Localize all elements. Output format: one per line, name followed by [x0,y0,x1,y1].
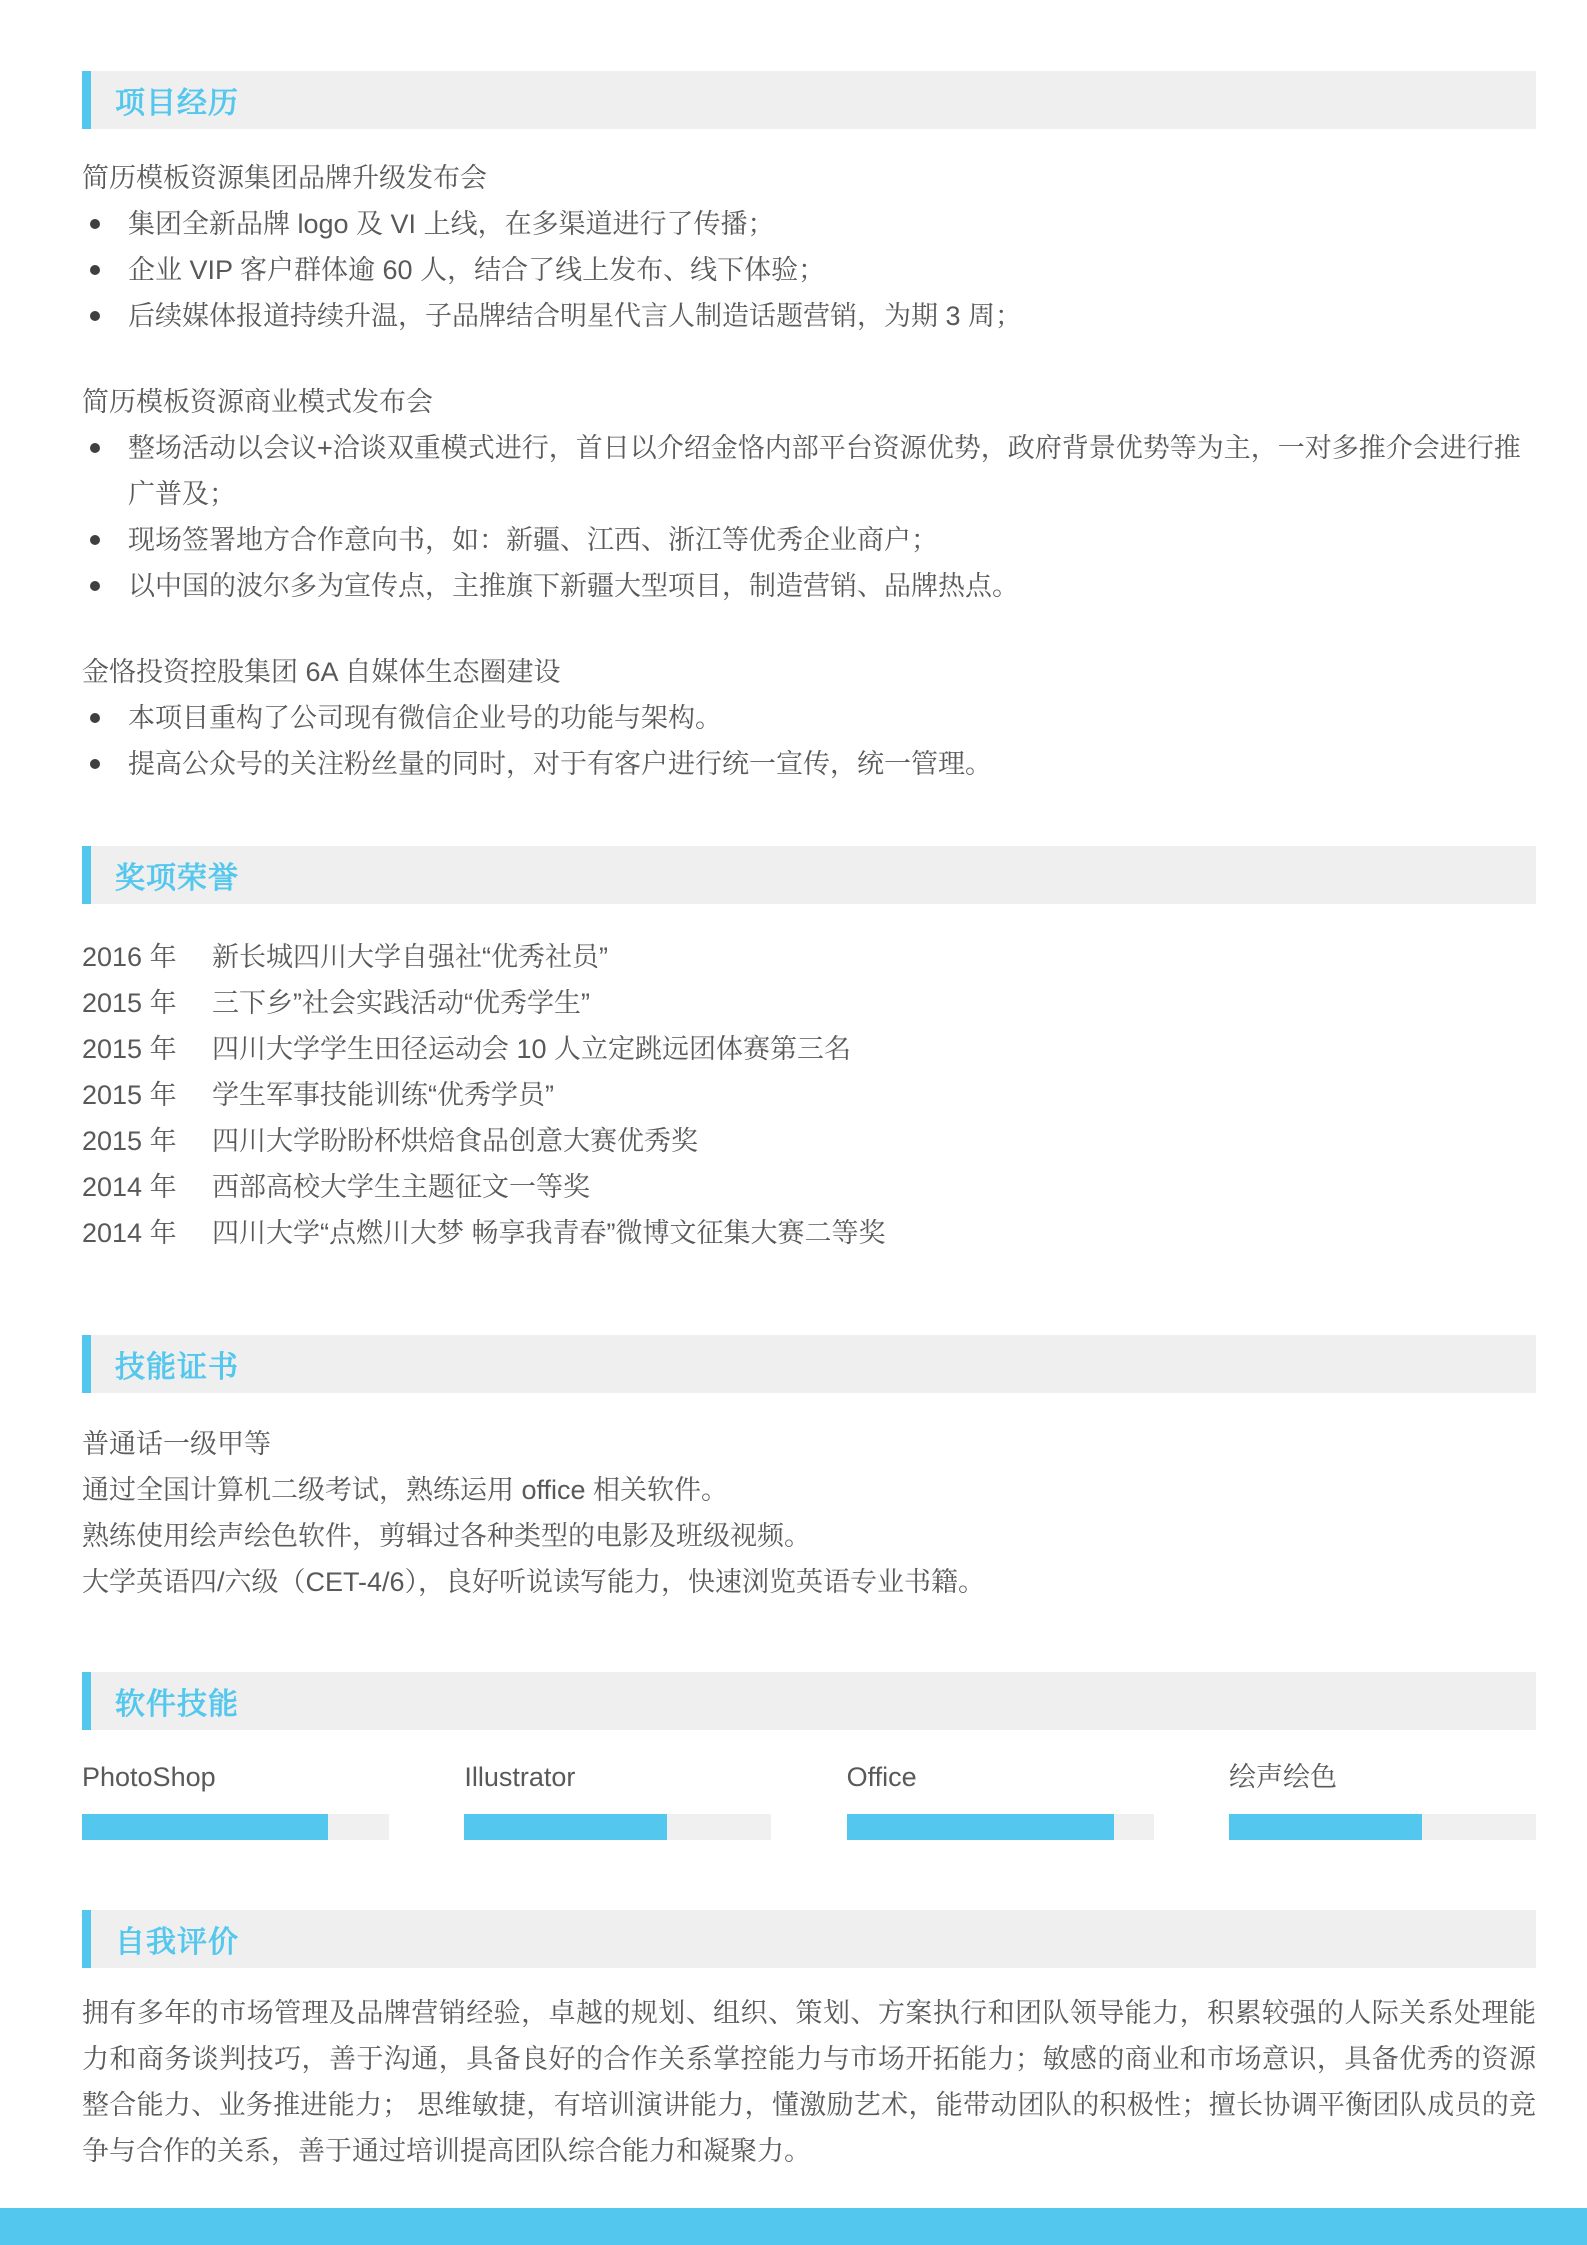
skill-item: Illustrator [464,1754,771,1840]
skill-progress-fill [847,1814,1114,1840]
section-title-awards: 奖项荣誉 [91,853,239,897]
skill-name: Office [847,1754,1154,1800]
bullet-text: 提高公众号的关注粉丝量的同时，对于有客户进行统一宣传，统一管理。 [128,749,992,779]
skill-item: Office [847,1754,1154,1840]
award-year: 2014 年 [82,1164,212,1210]
award-text: 四川大学盼盼杯烘焙食品创意大赛优秀奖 [212,1118,1536,1164]
section-band-awards: 奖项荣誉 [82,846,1536,904]
project-group-heading: 简历模板资源集团品牌升级发布会 [82,155,1536,201]
bullet-text: 整场活动以会议+洽谈双重模式进行，首日以介绍金恪内部平台资源优势，政府背景优势等… [128,433,1521,509]
skill-progress-fill [82,1814,328,1840]
bullet-item: 企业 VIP 客户群体逾 60 人，结合了线上发布、线下体验； [82,247,1536,293]
bullet-dot-icon [90,535,100,545]
section-band-certificates: 技能证书 [82,1335,1536,1393]
project-group: 金恪投资控股集团 6A 自媒体生态圈建设 本项目重构了公司现有微信企业号的功能与… [82,649,1536,787]
award-row: 2015 年 四川大学盼盼杯烘焙食品创意大赛优秀奖 [82,1118,1536,1164]
award-text: 四川大学学生田径运动会 10 人立定跳远团体赛第三名 [212,1026,1536,1072]
award-text: 新长城四川大学自强社“优秀社员” [212,934,1536,980]
section-band-projects: 项目经历 [82,71,1536,129]
section-title-certificates: 技能证书 [91,1342,239,1386]
bullet-dot-icon [90,219,100,229]
section-band-evaluation: 自我评价 [82,1910,1536,1968]
award-row: 2015 年 学生军事技能训练“优秀学员” [82,1072,1536,1118]
certificate-line: 大学英语四/六级（CET-4/6），良好听说读写能力，快速浏览英语专业书籍。 [82,1559,1536,1605]
skill-item: 绘声绘色 [1229,1754,1536,1840]
awards-list: 2016 年 新长城四川大学自强社“优秀社员” 2015 年 三下乡”社会实践活… [82,934,1536,1256]
award-year: 2014 年 [82,1210,212,1256]
skill-name: Illustrator [464,1754,771,1800]
skill-progress-track [847,1814,1154,1840]
project-bullet-list: 本项目重构了公司现有微信企业号的功能与架构。 提高公众号的关注粉丝量的同时，对于… [82,695,1536,787]
skill-item: PhotoShop [82,1754,389,1840]
resume-content: 项目经历 简历模板资源集团品牌升级发布会 集团全新品牌 logo 及 VI 上线… [0,71,1587,2174]
award-text: 三下乡”社会实践活动“优秀学生” [212,980,1536,1026]
project-group-heading: 简历模板资源商业模式发布会 [82,379,1536,425]
bullet-dot-icon [90,713,100,723]
certificate-line: 普通话一级甲等 [82,1421,1536,1467]
project-bullet-list: 集团全新品牌 logo 及 VI 上线，在多渠道进行了传播； 企业 VIP 客户… [82,201,1536,339]
award-year: 2016 年 [82,934,212,980]
skill-progress-track [82,1814,389,1840]
award-row: 2016 年 新长城四川大学自强社“优秀社员” [82,934,1536,980]
bullet-dot-icon [90,265,100,275]
software-skills: PhotoShop Illustrator Office 绘声绘色 [82,1754,1536,1840]
certificate-line: 通过全国计算机二级考试，熟练运用 office 相关软件。 [82,1467,1536,1513]
award-row: 2014 年 四川大学“点燃川大梦 畅享我青春”微博文征集大赛二等奖 [82,1210,1536,1256]
bullet-dot-icon [90,759,100,769]
project-bullet-list: 整场活动以会议+洽谈双重模式进行，首日以介绍金恪内部平台资源优势，政府背景优势等… [82,425,1536,609]
bullet-item: 本项目重构了公司现有微信企业号的功能与架构。 [82,695,1536,741]
resume-page: 项目经历 简历模板资源集团品牌升级发布会 集团全新品牌 logo 及 VI 上线… [0,0,1587,2245]
section-title-evaluation: 自我评价 [91,1917,239,1961]
self-evaluation-text: 拥有多年的市场管理及品牌营销经验，卓越的规划、组织、策划、方案执行和团队领导能力… [82,1990,1536,2174]
award-year: 2015 年 [82,980,212,1026]
bullet-text: 以中国的波尔多为宣传点，主推旗下新疆大型项目，制造营销、品牌热点。 [128,571,1019,601]
bullet-dot-icon [90,311,100,321]
award-row: 2015 年 三下乡”社会实践活动“优秀学生” [82,980,1536,1026]
project-group-heading: 金恪投资控股集团 6A 自媒体生态圈建设 [82,649,1536,695]
certificates-list: 普通话一级甲等 通过全国计算机二级考试，熟练运用 office 相关软件。 熟练… [82,1421,1536,1605]
project-group: 简历模板资源商业模式发布会 整场活动以会议+洽谈双重模式进行，首日以介绍金恪内部… [82,379,1536,609]
bullet-dot-icon [90,443,100,453]
award-text: 四川大学“点燃川大梦 畅享我青春”微博文征集大赛二等奖 [212,1210,1536,1256]
skill-name: PhotoShop [82,1754,389,1800]
award-row: 2014 年 西部高校大学生主题征文一等奖 [82,1164,1536,1210]
bullet-item: 以中国的波尔多为宣传点，主推旗下新疆大型项目，制造营销、品牌热点。 [82,563,1536,609]
skill-name: 绘声绘色 [1229,1754,1536,1800]
award-text: 西部高校大学生主题征文一等奖 [212,1164,1536,1210]
bullet-item: 提高公众号的关注粉丝量的同时，对于有客户进行统一宣传，统一管理。 [82,741,1536,787]
certificate-line: 熟练使用绘声绘色软件，剪辑过各种类型的电影及班级视频。 [82,1513,1536,1559]
skill-progress-fill [1229,1814,1422,1840]
bullet-text: 后续媒体报道持续升温，子品牌结合明星代言人制造话题营销，为期 3 周； [128,301,1022,331]
award-text: 学生军事技能训练“优秀学员” [212,1072,1536,1118]
award-row: 2015 年 四川大学学生田径运动会 10 人立定跳远团体赛第三名 [82,1026,1536,1072]
bullet-item: 现场签署地方合作意向书，如：新疆、江西、浙江等优秀企业商户； [82,517,1536,563]
bullet-text: 本项目重构了公司现有微信企业号的功能与架构。 [128,703,722,733]
projects-body: 简历模板资源集团品牌升级发布会 集团全新品牌 logo 及 VI 上线，在多渠道… [82,155,1536,787]
section-title-software: 软件技能 [91,1679,239,1723]
skill-progress-fill [464,1814,667,1840]
section-title-projects: 项目经历 [91,78,239,122]
bullet-item: 后续媒体报道持续升温，子品牌结合明星代言人制造话题营销，为期 3 周； [82,293,1536,339]
bullet-item: 集团全新品牌 logo 及 VI 上线，在多渠道进行了传播； [82,201,1536,247]
skill-progress-track [464,1814,771,1840]
section-band-software: 软件技能 [82,1672,1536,1730]
skill-progress-track [1229,1814,1536,1840]
award-year: 2015 年 [82,1118,212,1164]
bullet-item: 整场活动以会议+洽谈双重模式进行，首日以介绍金恪内部平台资源优势，政府背景优势等… [82,425,1536,517]
award-year: 2015 年 [82,1026,212,1072]
award-year: 2015 年 [82,1072,212,1118]
footer-accent-bar [0,2208,1587,2245]
project-group: 简历模板资源集团品牌升级发布会 集团全新品牌 logo 及 VI 上线，在多渠道… [82,155,1536,339]
bullet-text: 现场签署地方合作意向书，如：新疆、江西、浙江等优秀企业商户； [128,525,938,555]
bullet-text: 集团全新品牌 logo 及 VI 上线，在多渠道进行了传播； [128,209,775,239]
bullet-dot-icon [90,581,100,591]
bullet-text: 企业 VIP 客户群体逾 60 人，结合了线上发布、线下体验； [128,255,825,285]
